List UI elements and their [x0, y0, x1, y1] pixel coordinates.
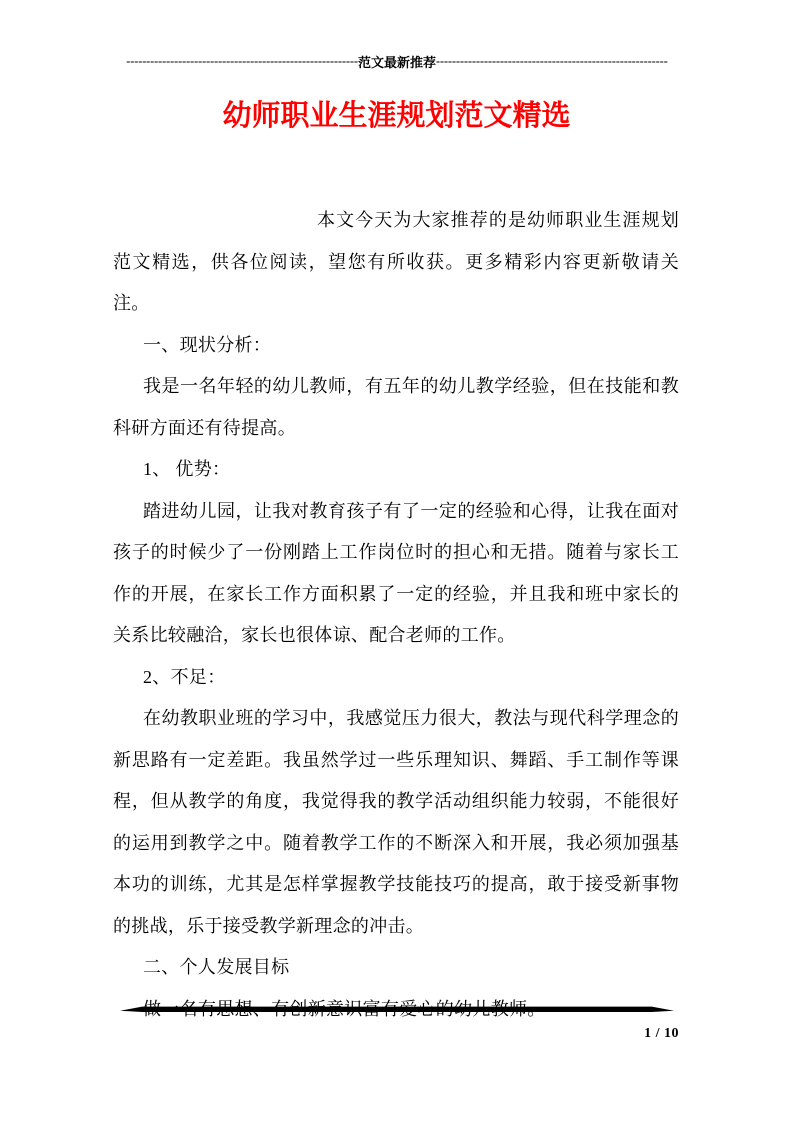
header-left-dashes: ----------------------------------------…	[126, 54, 358, 69]
paragraph-shortcomings: 在幼教职业班的学习中，我感觉压力很大，教法与现代科学理念的新思路有一定差距。我虽…	[113, 698, 679, 947]
page-number: 1 / 10	[644, 1026, 679, 1042]
document-page: ----------------------------------------…	[0, 0, 793, 1122]
page-title: 幼师职业生涯规划范文精选	[0, 97, 793, 135]
header-label: 范文最新推荐	[358, 52, 436, 71]
header-right-dashes: ----------------------------------------…	[436, 54, 668, 69]
heading-section-2: 二、个人发展目标	[113, 947, 679, 989]
paragraph-intro: 本文今天为大家推荐的是幼师职业生涯规划范文精选，供各位阅读，望您有所收获。更多精…	[113, 200, 679, 325]
footer-rule	[120, 1006, 674, 1012]
page-header: ----------------------------------------…	[118, 52, 676, 71]
paragraph-advantages: 踏进幼儿园，让我对教育孩子有了一定的经验和心得，让我在面对孩子的时候少了一份刚踏…	[113, 491, 679, 657]
heading-section-1: 一、现状分析：	[113, 325, 679, 367]
heading-shortcomings: 2、不足：	[113, 657, 679, 699]
heading-advantages: 1、 优势：	[113, 449, 679, 491]
document-body: 本文今天为大家推荐的是幼师职业生涯规划范文精选，供各位阅读，望您有所收获。更多精…	[113, 200, 679, 1030]
paragraph-current-status: 我是一名年轻的幼儿教师，有五年的幼儿教学经验，但在技能和教科研方面还有待提高。	[113, 366, 679, 449]
